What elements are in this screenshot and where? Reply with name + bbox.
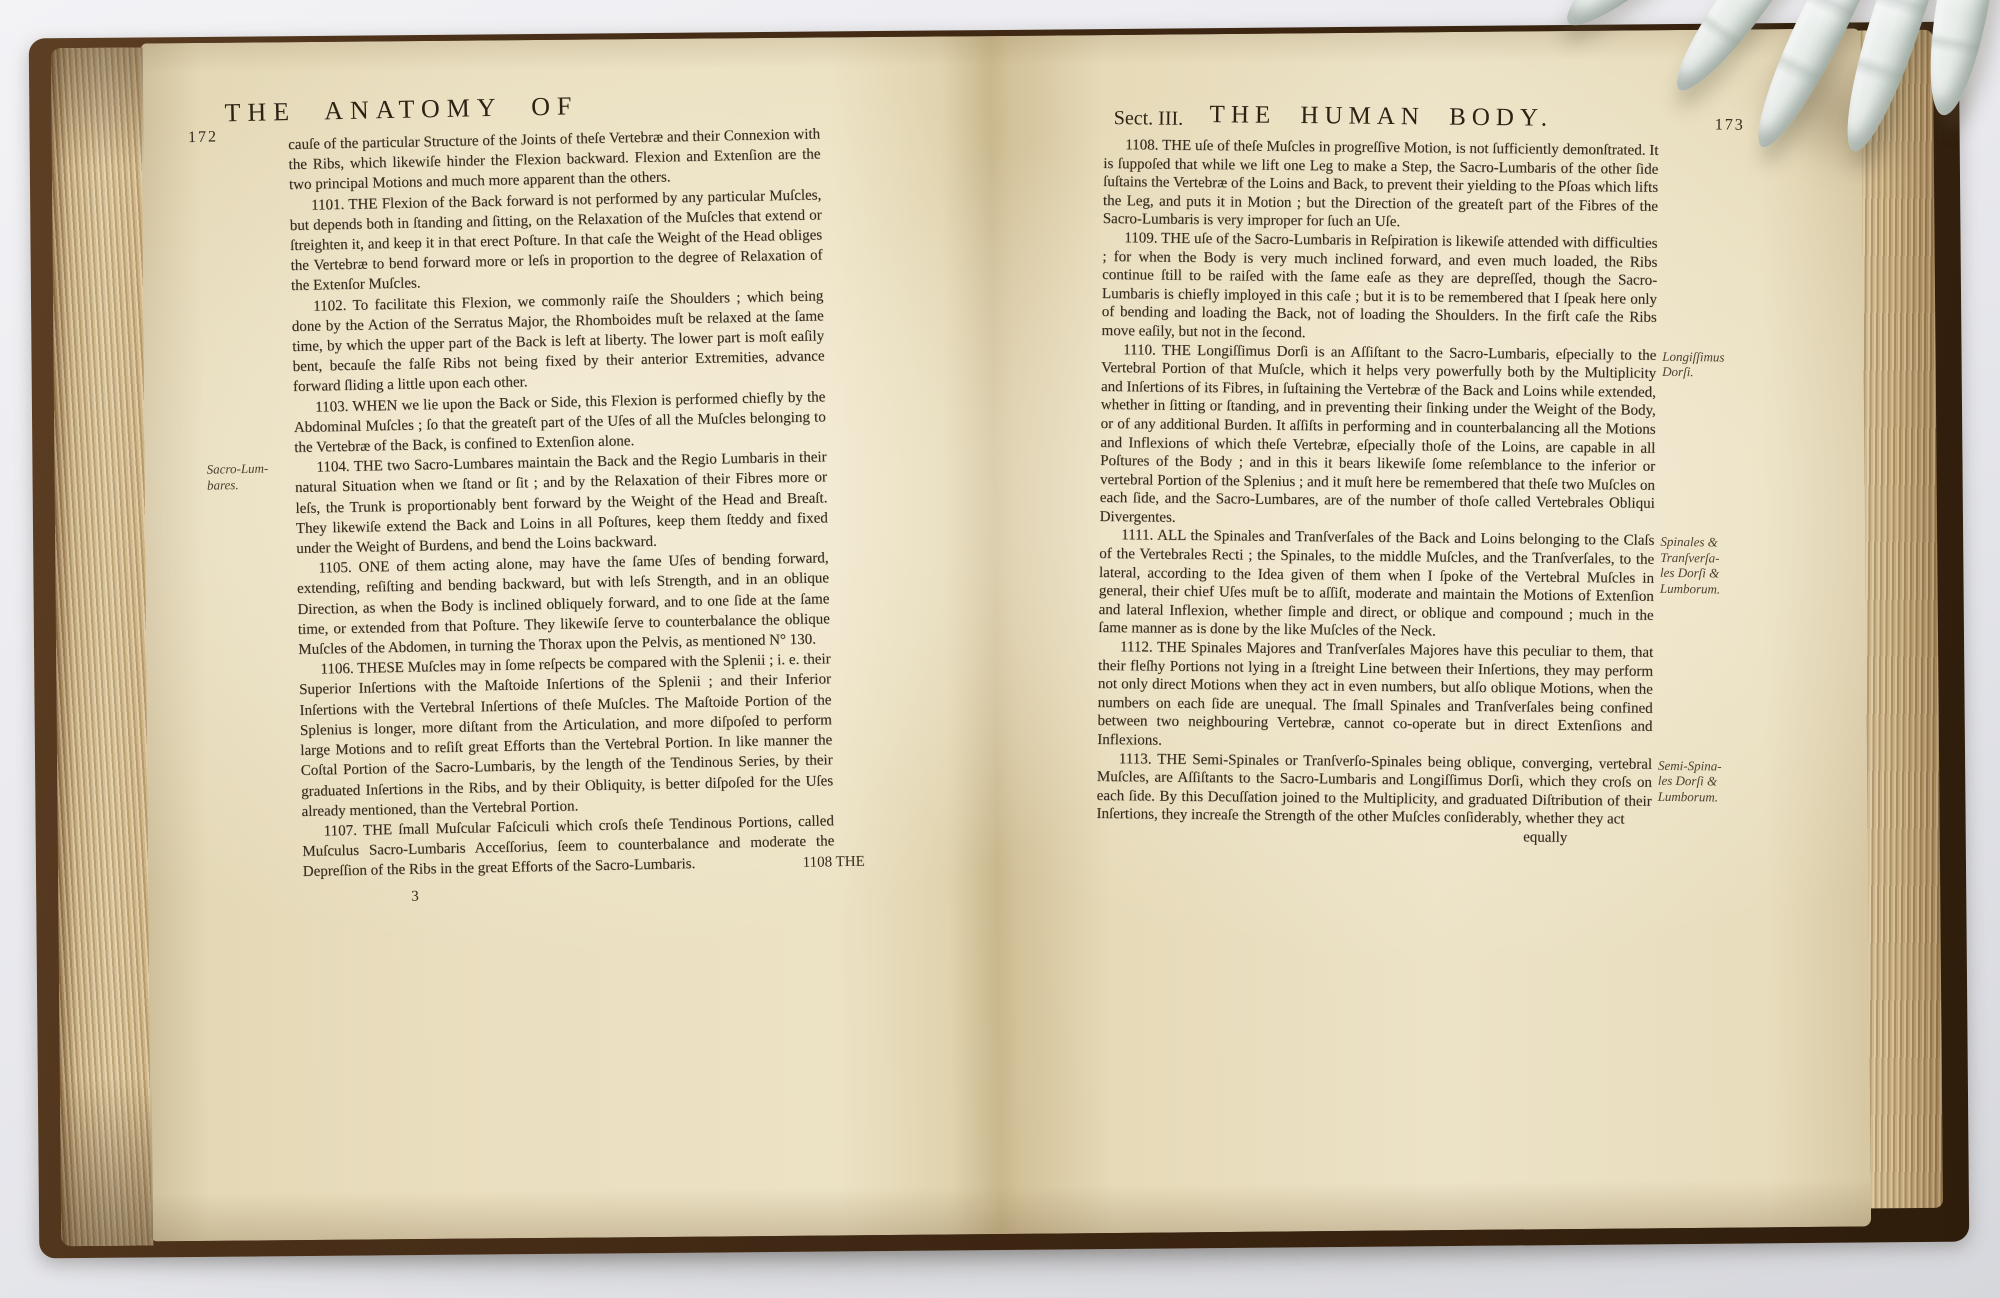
paragraph-text: 1109. THE uſe of the Sacro-Lumbaris in R… (1101, 230, 1657, 341)
margin-note-sacro-lumbares: Sacro-Lum- bares. (207, 460, 294, 493)
paragraph-1105: 1105. ONE of them acting alone, may have… (297, 549, 831, 661)
margin-note-spinales-transversales: Spinales & Tranſverſa- les Dorſi & Lumbo… (1660, 534, 1763, 597)
paragraph-text: 1106. THESE Muſcles may in ſome reſpects… (299, 652, 833, 820)
paragraph-text: 1111. ALL the Spinales and Tranſverſales… (1098, 528, 1654, 640)
paragraph-1104: Sacro-Lum- bares. 1104. THE two Sacro-Lu… (294, 448, 828, 560)
paragraph-text: 1107. THE ſmall Muſcular Faſciculi which… (302, 813, 834, 880)
running-header-right: THE HUMAN BODY. (1104, 100, 1659, 134)
paragraph-text: 1113. THE Semi-Spinales or Tranſverſo-Sp… (1096, 751, 1652, 828)
text-column-left: cauſe of the particular Structure of the… (288, 124, 836, 954)
paragraph-text: 1108. THE uſe of theſe Muſcles in progre… (1103, 137, 1659, 230)
page-foot-left: 1108 THE 3 (303, 872, 836, 955)
paragraph-1103: 1103. WHEN we lie upon the Back or Side,… (293, 387, 826, 458)
paragraph-1100-continuation: cauſe of the particular Structure of the… (288, 124, 821, 195)
paragraph-1109: 1109. THE uſe of the Sacro-Lumbaris in R… (1101, 229, 1657, 346)
page-edge-stack-left (51, 47, 153, 1246)
paragraph-1111: Spinales & Tranſverſa- les Dorſi & Lumbo… (1098, 526, 1654, 643)
folio-left: 172 (188, 128, 218, 147)
paragraph-1106: 1106. THESE Muſcles may in ſome reſpects… (299, 650, 834, 822)
margin-note-semi-spinales: Semi-Spina- les Dorſi & Lumborum. (1658, 757, 1760, 805)
header-row-right: Sect. III. THE HUMAN BODY. 173 (1104, 100, 1659, 136)
paragraph-text: 1110. THE Longiſſimus Dorſi is an Aſſiſt… (1100, 342, 1657, 526)
paragraph-1113: Semi-Spina- les Dorſi & Lumborum. 1113. … (1096, 750, 1652, 830)
paragraph-text: cauſe of the particular Structure of the… (288, 126, 821, 193)
paragraph-1108: 1108. THE uſe of theſe Muſcles in progre… (1103, 136, 1659, 235)
paragraph-1112: 1112. THE Spinales Majores and Tranſverſ… (1097, 638, 1653, 755)
margin-note-longissimus-dorsi: Longiſſimus Dorſi. (1662, 348, 1764, 380)
skeleton-hand (1650, 0, 2000, 235)
signature-mark: 3 (411, 886, 419, 906)
paragraph-text: 1102. To facilitate this Flexion, we com… (292, 288, 825, 395)
paragraph-1101: 1101. THE Flexion of the Back forward is… (289, 185, 823, 297)
text-column-right: 1108. THE uſe of theſe Muſcles in progre… (1096, 136, 1658, 848)
paragraph-text: 1105. ONE of them acting alone, may have… (297, 551, 830, 658)
paragraph-1110: Longiſſimus Dorſi. 1110. THE Longiſſimus… (1100, 341, 1657, 533)
paragraph-text: 1104. THE two Sacro-Lumbares maintain th… (295, 450, 828, 557)
paragraph-1102: 1102. To facilitate this Flexion, we com… (291, 286, 825, 398)
paragraph-text: 1112. THE Spinales Majores and Tranſverſ… (1097, 639, 1653, 748)
paragraph-text: 1101. THE Flexion of the Back forward is… (290, 187, 823, 294)
catchword-left: 1108 THE (802, 851, 864, 872)
photo-scene: 172 THE ANATOMY OF cauſe of the particul… (0, 0, 2000, 1298)
paragraph-1107: 1107. THE ſmall Muſcular Faſciculi which… (302, 811, 835, 882)
paragraph-text: 1103. WHEN we lie upon the Back or Side,… (294, 389, 826, 456)
